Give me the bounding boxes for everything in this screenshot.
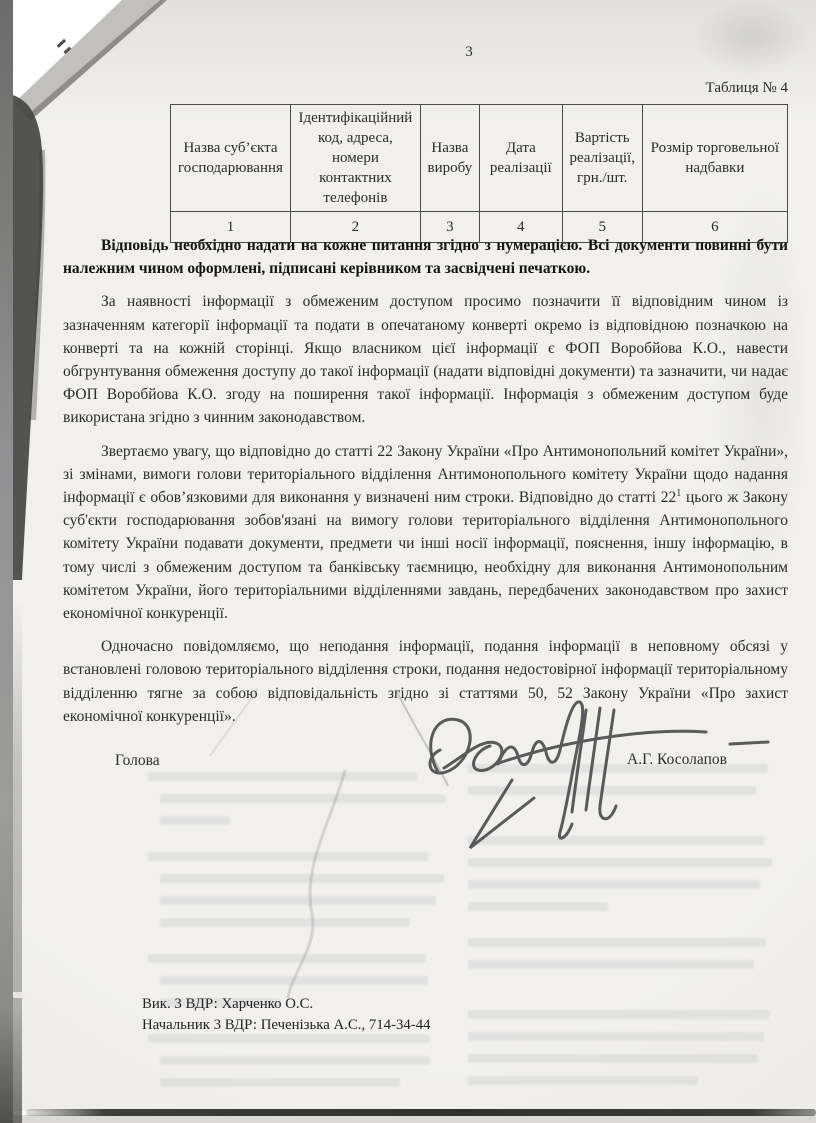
page-number: 3: [160, 44, 778, 61]
table-header-cell: Назва суб’єкта господарювання: [171, 105, 291, 212]
bleed-through-left-column: [148, 772, 446, 1100]
bleed-through-right-column: [468, 764, 790, 1098]
article22-text-after-sup: цього ж Закону суб'єкти господарювання з…: [63, 489, 788, 622]
scanner-bed-bottom: [13, 1115, 816, 1123]
signer-title: Голова: [115, 752, 160, 770]
table-header-cell: Назва виробу: [420, 105, 479, 212]
paper-edge-bottom: [26, 1109, 816, 1116]
paper-edge-shadow-left: [13, 600, 22, 1123]
table-header-row: Назва суб’єкта господарювання Ідентифіка…: [171, 105, 788, 212]
scanner-edge-left: [0, 0, 13, 1123]
paper-edge-notch: [13, 992, 23, 998]
table-header-cell: Дата реалізації: [479, 105, 562, 212]
table-header-cell: Ідентифікаційний код, адреса, номери кон…: [290, 105, 420, 212]
table-header-cell: Розмір торговельної надбавки: [642, 105, 787, 212]
liability-paragraph: Одночасно повідомляємо, що неподання інф…: [63, 635, 788, 728]
executor-line: Вик. 3 ВДР: Харченко О.С.: [142, 994, 431, 1015]
table-caption: Таблиця № 4: [63, 80, 788, 97]
table-header-cell: Вартість реалізації, грн./шт.: [562, 105, 642, 212]
chief-line: Начальник 3 ВДР: Печенізька А.С., 714-34…: [142, 1015, 431, 1036]
article22-paragraph: Звертаємо увагу, що відповідно до статті…: [63, 440, 788, 626]
letter-body: Відповідь необхідно надати на кожне пита…: [63, 234, 788, 738]
scanned-document-page: 3 Таблиця № 4 Назва суб’єкта господарюва…: [0, 0, 816, 1123]
signer-name: А.Г. Косолапов: [627, 751, 727, 769]
footer-block: Вик. 3 ВДР: Харченко О.С. Начальник 3 ВД…: [142, 994, 431, 1035]
questionnaire-table: Назва суб’єкта господарювання Ідентифіка…: [170, 104, 788, 243]
bold-notice-paragraph: Відповідь необхідно надати на кожне пита…: [63, 234, 788, 280]
restricted-info-paragraph: За наявності інформації з обмеженим дост…: [63, 290, 788, 429]
